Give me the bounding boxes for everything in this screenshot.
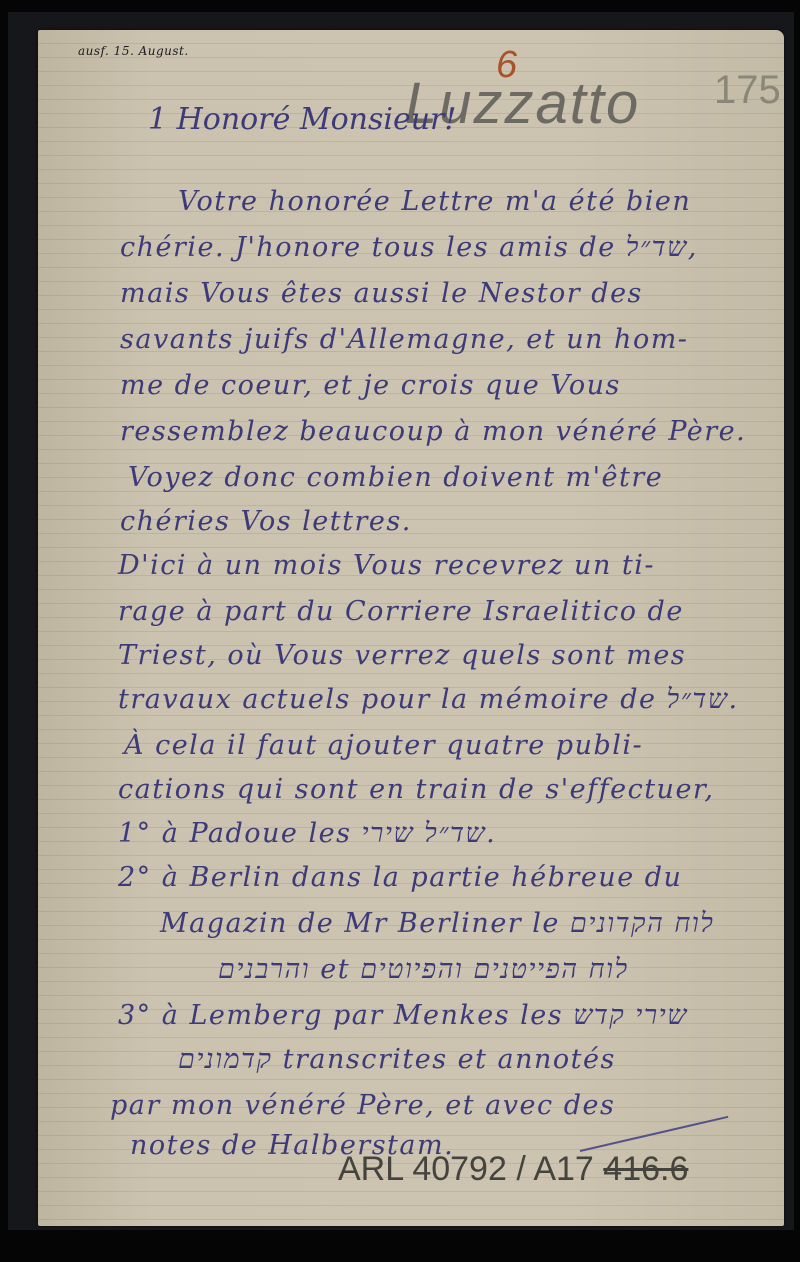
- letter-line: savants juifs d'Allemagne, et un hom-: [120, 324, 688, 355]
- letter-line: cations qui sont en train de s'effectuer…: [118, 774, 714, 805]
- letter-line: 2° à Berlin dans la partie hébreue du: [118, 862, 682, 893]
- call-number-struck: 416.6: [603, 1150, 688, 1188]
- letter-line: Voyez donc combien doivent m'être: [128, 462, 663, 493]
- salutation: 1 Honoré Monsieur!: [148, 102, 456, 137]
- letter-line: ressemblez beaucoup à mon vénéré Père.: [120, 416, 746, 447]
- letter-line: chéries Vos lettres.: [120, 506, 412, 537]
- letter-line: 1° à Padoue les שד״ל שירי.: [118, 818, 496, 849]
- letter-line: Votre honorée Lettre m'a été bien: [178, 186, 691, 217]
- archive-call-number: ARL 40792 / A17 416.6: [338, 1150, 688, 1189]
- letter-line: par mon vénéré Père, et avec des: [110, 1090, 615, 1121]
- letter-line: mais Vous êtes aussi le Nestor des: [120, 278, 643, 309]
- letter-line: rage à part du Corriere Israelitico de: [118, 596, 684, 627]
- letter-line: chérie. J'honore tous les amis de שד״ל,: [120, 232, 698, 263]
- letter-line: והרבנים et לוח הפייטנים והפיוטים: [218, 954, 629, 985]
- call-number-current: ARL 40792 / A17: [338, 1150, 594, 1188]
- receipt-stamp: ausf. 15. August.: [78, 44, 189, 58]
- letter-line: travaux actuels pour la mémoire de שד״ל.: [118, 684, 739, 715]
- letter-line: D'ici à un mois Vous recevrez un ti-: [118, 550, 655, 581]
- letter-line: 3° à Lemberg par Menkes les שירי קדש: [118, 1000, 688, 1031]
- letter-line: me de coeur, et je crois que Vous: [120, 370, 621, 401]
- folio-number: 175: [714, 68, 781, 113]
- letter-line: Triest, où Vous verrez quels sont mes: [118, 640, 686, 671]
- letter-line: Magazin de Mr Berliner le לוח הקדונים: [160, 908, 714, 939]
- letter-line: À cela il faut ajouter quatre publi-: [124, 730, 643, 761]
- letter-line: קדמונים transcrites et annotés: [178, 1044, 616, 1075]
